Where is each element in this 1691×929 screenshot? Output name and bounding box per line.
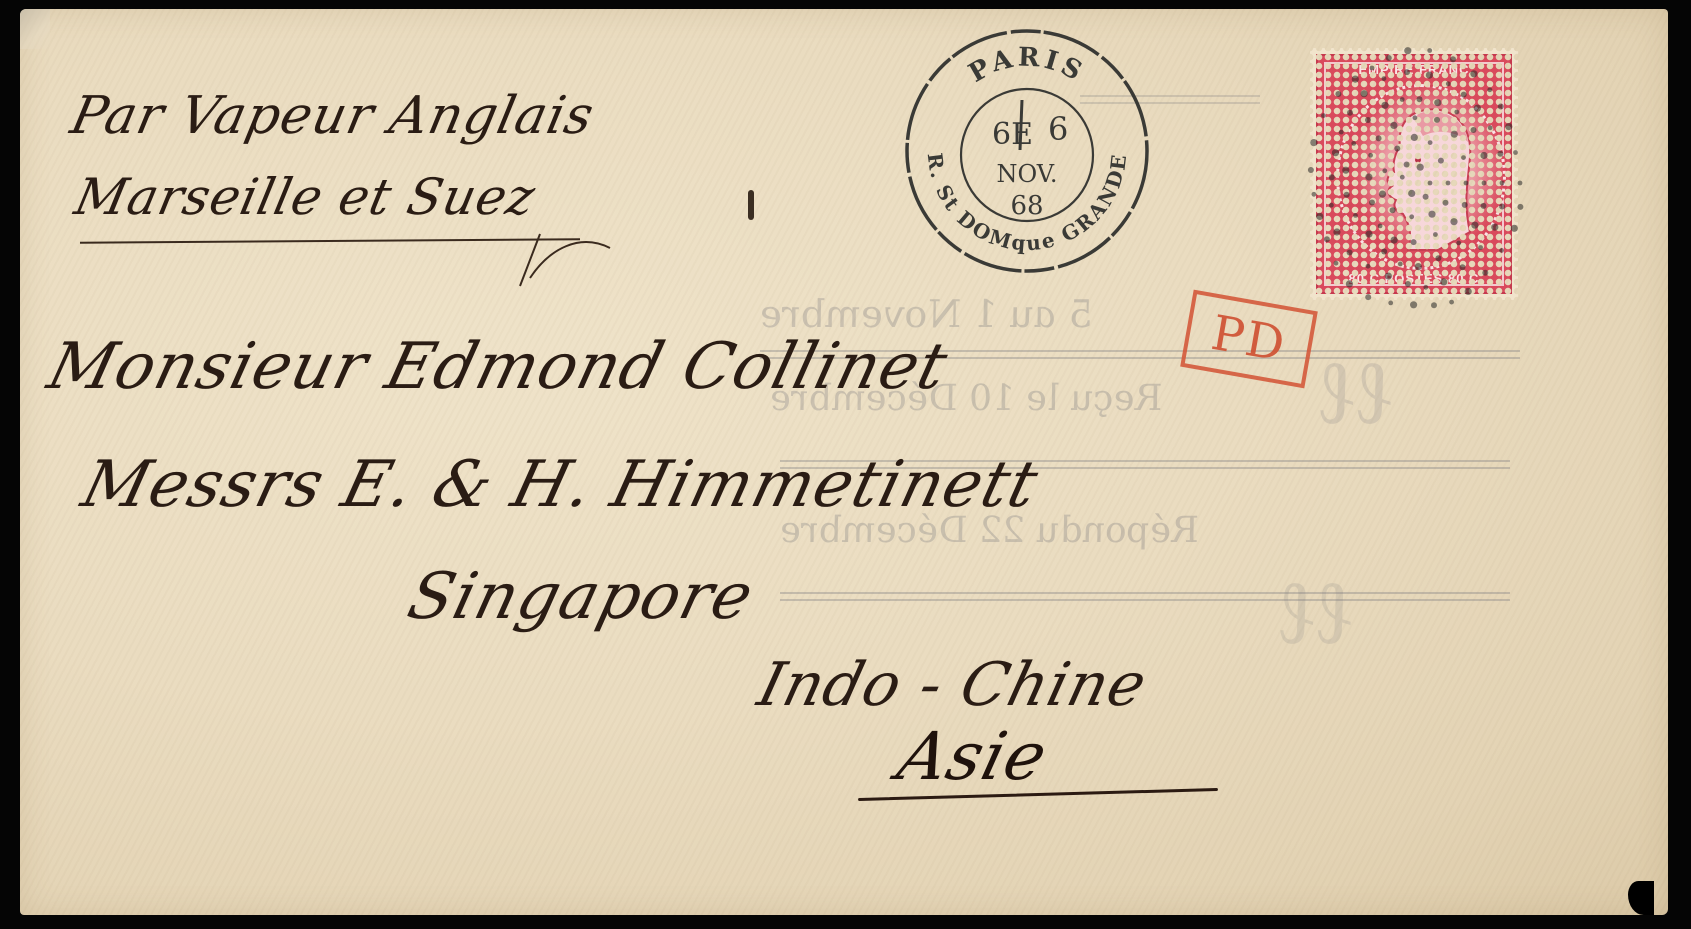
addressee-name: Monsieur Edmond Collinet xyxy=(41,330,955,404)
stamp-top-text: EMPIRE FRANC xyxy=(1318,62,1510,77)
addressee-company: Messrs E. & H. Himmetinett xyxy=(75,448,1046,522)
svg-text:6: 6 xyxy=(1048,110,1068,148)
addressee-region: Indo - Chine xyxy=(751,650,1154,720)
ruled-line xyxy=(780,592,1510,594)
ruled-line xyxy=(780,599,1510,601)
postage-stamp: EMPIRE FRANC 80 C POSTES 80 C xyxy=(1310,48,1518,300)
svg-text:68: 68 xyxy=(1010,191,1043,221)
stamp-field: EMPIRE FRANC 80 C POSTES 80 C xyxy=(1316,54,1512,294)
ink-mark xyxy=(748,190,754,220)
corner-fold xyxy=(20,9,50,49)
photo-background: 5 au 1 Novembre Reçu le 10 Décembre Répo… xyxy=(0,0,1691,929)
routing-note-line2: Marseille et Suez xyxy=(70,168,541,226)
addressee-city: Singapore xyxy=(401,560,761,634)
svg-text:6E: 6E xyxy=(992,117,1033,152)
addressee-continent: Asie xyxy=(890,718,1055,795)
svg-text:NOV.: NOV. xyxy=(996,160,1057,188)
routing-note-line1: Par Vapeur Anglais xyxy=(66,86,600,146)
paris-postmark: PARIS R. St DOMque GRANDE 6E 6 NOV. 68 xyxy=(898,22,1156,280)
stamp-bottom-text: 80 C POSTES 80 C xyxy=(1318,271,1510,286)
flourish-stroke xyxy=(510,228,620,288)
svg-text:PARIS: PARIS xyxy=(964,43,1090,89)
corner-tear xyxy=(1628,881,1654,915)
napoleon-profile-icon xyxy=(1378,102,1488,252)
pd-text: PD xyxy=(1207,305,1290,373)
